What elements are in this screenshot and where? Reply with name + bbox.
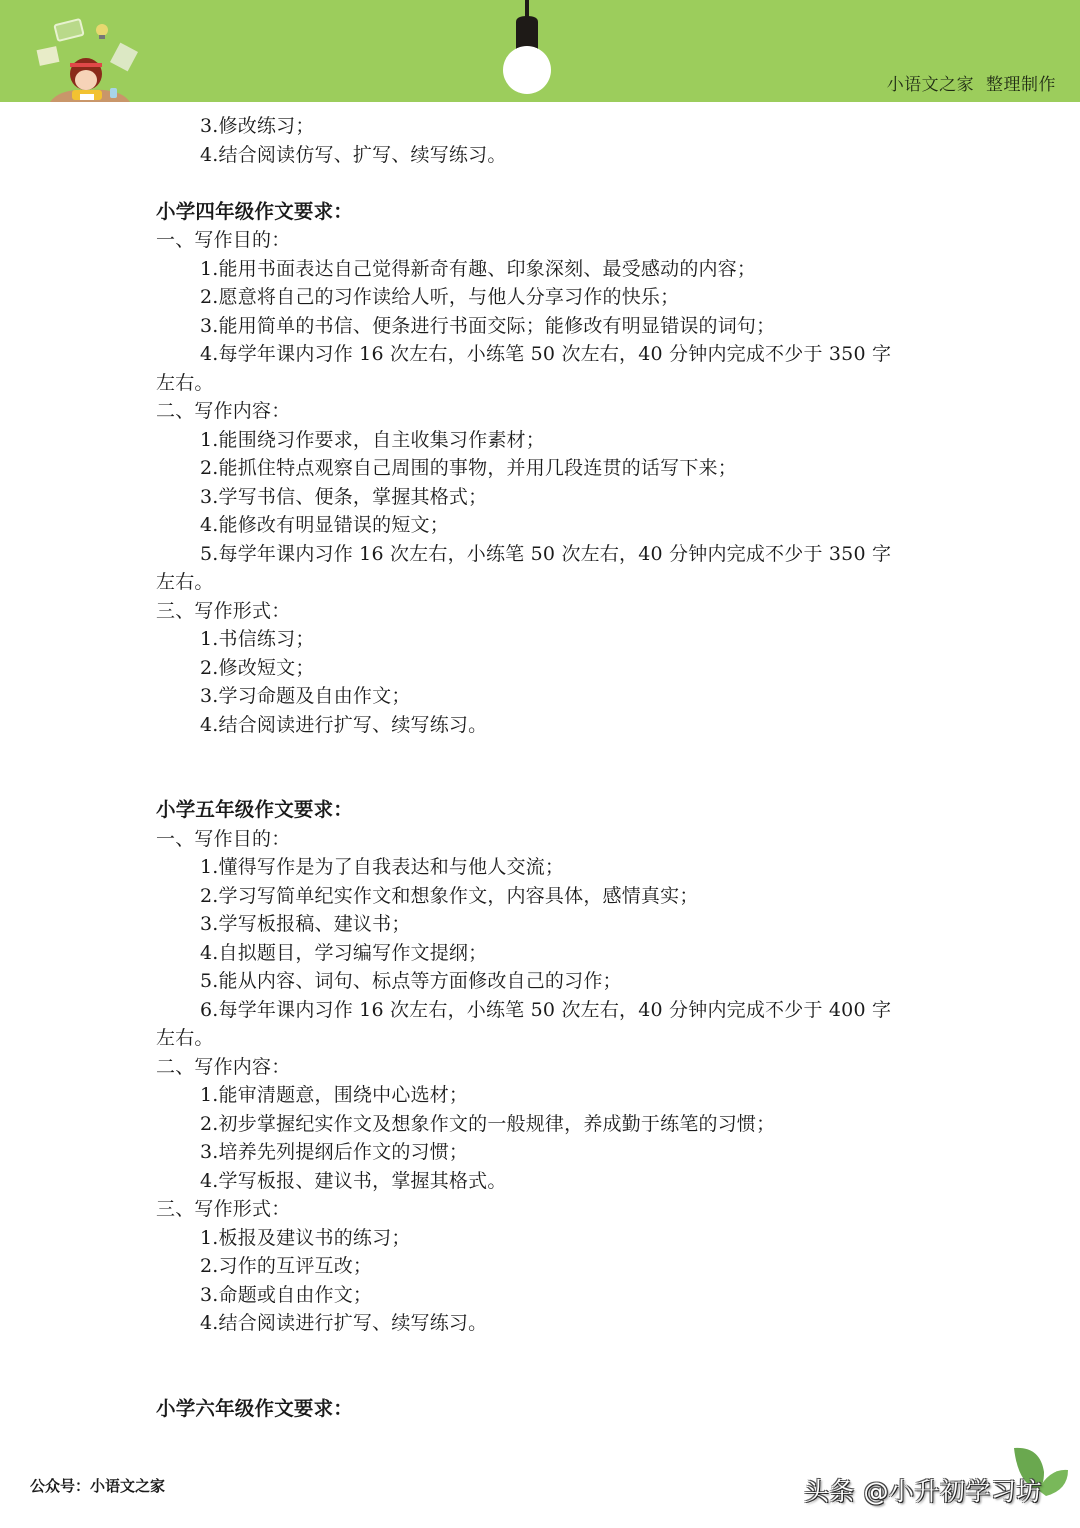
list-item: 1.能围绕习作要求，自主收集习作素材；	[156, 426, 946, 455]
watermark-text: 头条 @小升初学习坊	[804, 1472, 1042, 1508]
list-item: 4.自拟题目，学习编写作文提纲；	[156, 939, 946, 968]
section-heading: 三、写作形式：	[156, 597, 946, 626]
list-item: 5.每学年课内习作 16 次左右，小练笔 50 次左右，40 分钟内完成不少于 …	[156, 540, 946, 569]
section-heading: 二、写作内容：	[156, 397, 946, 426]
account-label: 公众号：小语文之家	[30, 1475, 165, 1496]
grade6-title: 小学六年级作文要求：	[156, 1395, 946, 1424]
list-item: 2.愿意将自己的习作读给人听，与他人分享习作的快乐；	[156, 283, 946, 312]
list-item: 2.学习写简单纪实作文和想象作文，内容具体，感情真实；	[156, 882, 946, 911]
section-heading: 一、写作目的：	[156, 226, 946, 255]
list-item: 2.初步掌握纪实作文及想象作文的一般规律，养成勤于练笔的习惯；	[156, 1110, 946, 1139]
section-heading: 三、写作形式：	[156, 1195, 946, 1224]
list-item: 3.学写板报稿、建议书；	[156, 910, 946, 939]
section-heading: 二、写作内容：	[156, 1053, 946, 1082]
student-illustration-icon	[30, 18, 150, 102]
list-item-wrap: 左右。	[156, 1024, 946, 1053]
list-item: 3.修改练习；	[156, 112, 946, 141]
list-item-wrap: 左右。	[156, 568, 946, 597]
list-item: 2.习作的互评互改；	[156, 1252, 946, 1281]
list-item: 3.命题或自由作文；	[156, 1281, 946, 1310]
grade4-title: 小学四年级作文要求：	[156, 198, 946, 227]
list-item: 4.结合阅读仿写、扩写、续写练习。	[156, 141, 946, 170]
list-item: 2.能抓住特点观察自己周围的事物，并用几段连贯的话写下来；	[156, 454, 946, 483]
list-item: 4.结合阅读进行扩写、续写练习。	[156, 1309, 946, 1338]
list-item: 4.能修改有明显错误的短文；	[156, 511, 946, 540]
list-item: 1.书信练习；	[156, 625, 946, 654]
list-item: 6.每学年课内习作 16 次左右，小练笔 50 次左右，40 分钟内完成不少于 …	[156, 996, 946, 1025]
list-item: 4.学写板报、建议书，掌握其格式。	[156, 1167, 946, 1196]
header-banner: 小语文之家 整理制作	[0, 0, 1080, 102]
list-item: 1.能用书面表达自己觉得新奇有趣、印象深刻、最受感动的内容；	[156, 255, 946, 284]
list-item: 4.每学年课内习作 16 次左右，小练笔 50 次左右，40 分钟内完成不少于 …	[156, 340, 946, 369]
list-item: 2.修改短文；	[156, 654, 946, 683]
list-item: 3.培养先列提纲后作文的习惯；	[156, 1138, 946, 1167]
list-item: 1.懂得写作是为了自我表达和与他人交流；	[156, 853, 946, 882]
document-body: 3.修改练习； 4.结合阅读仿写、扩写、续写练习。 小学四年级作文要求： 一、写…	[156, 112, 946, 1423]
grade5-title: 小学五年级作文要求：	[156, 796, 946, 825]
list-item: 3.学习命题及自由作文；	[156, 682, 946, 711]
list-item: 5.能从内容、词句、标点等方面修改自己的习作；	[156, 967, 946, 996]
light-bulb-icon	[497, 0, 557, 98]
list-item: 1.板报及建议书的练习；	[156, 1224, 946, 1253]
section-heading: 一、写作目的：	[156, 825, 946, 854]
list-item: 3.学写书信、便条，掌握其格式；	[156, 483, 946, 512]
list-item: 1.能审清题意，围绕中心选材；	[156, 1081, 946, 1110]
list-item-wrap: 左右。	[156, 369, 946, 398]
list-item: 3.能用简单的书信、便条进行书面交际；能修改有明显错误的词句；	[156, 312, 946, 341]
brand-label: 小语文之家 整理制作	[887, 70, 1056, 95]
list-item: 4.结合阅读进行扩写、续写练习。	[156, 711, 946, 740]
